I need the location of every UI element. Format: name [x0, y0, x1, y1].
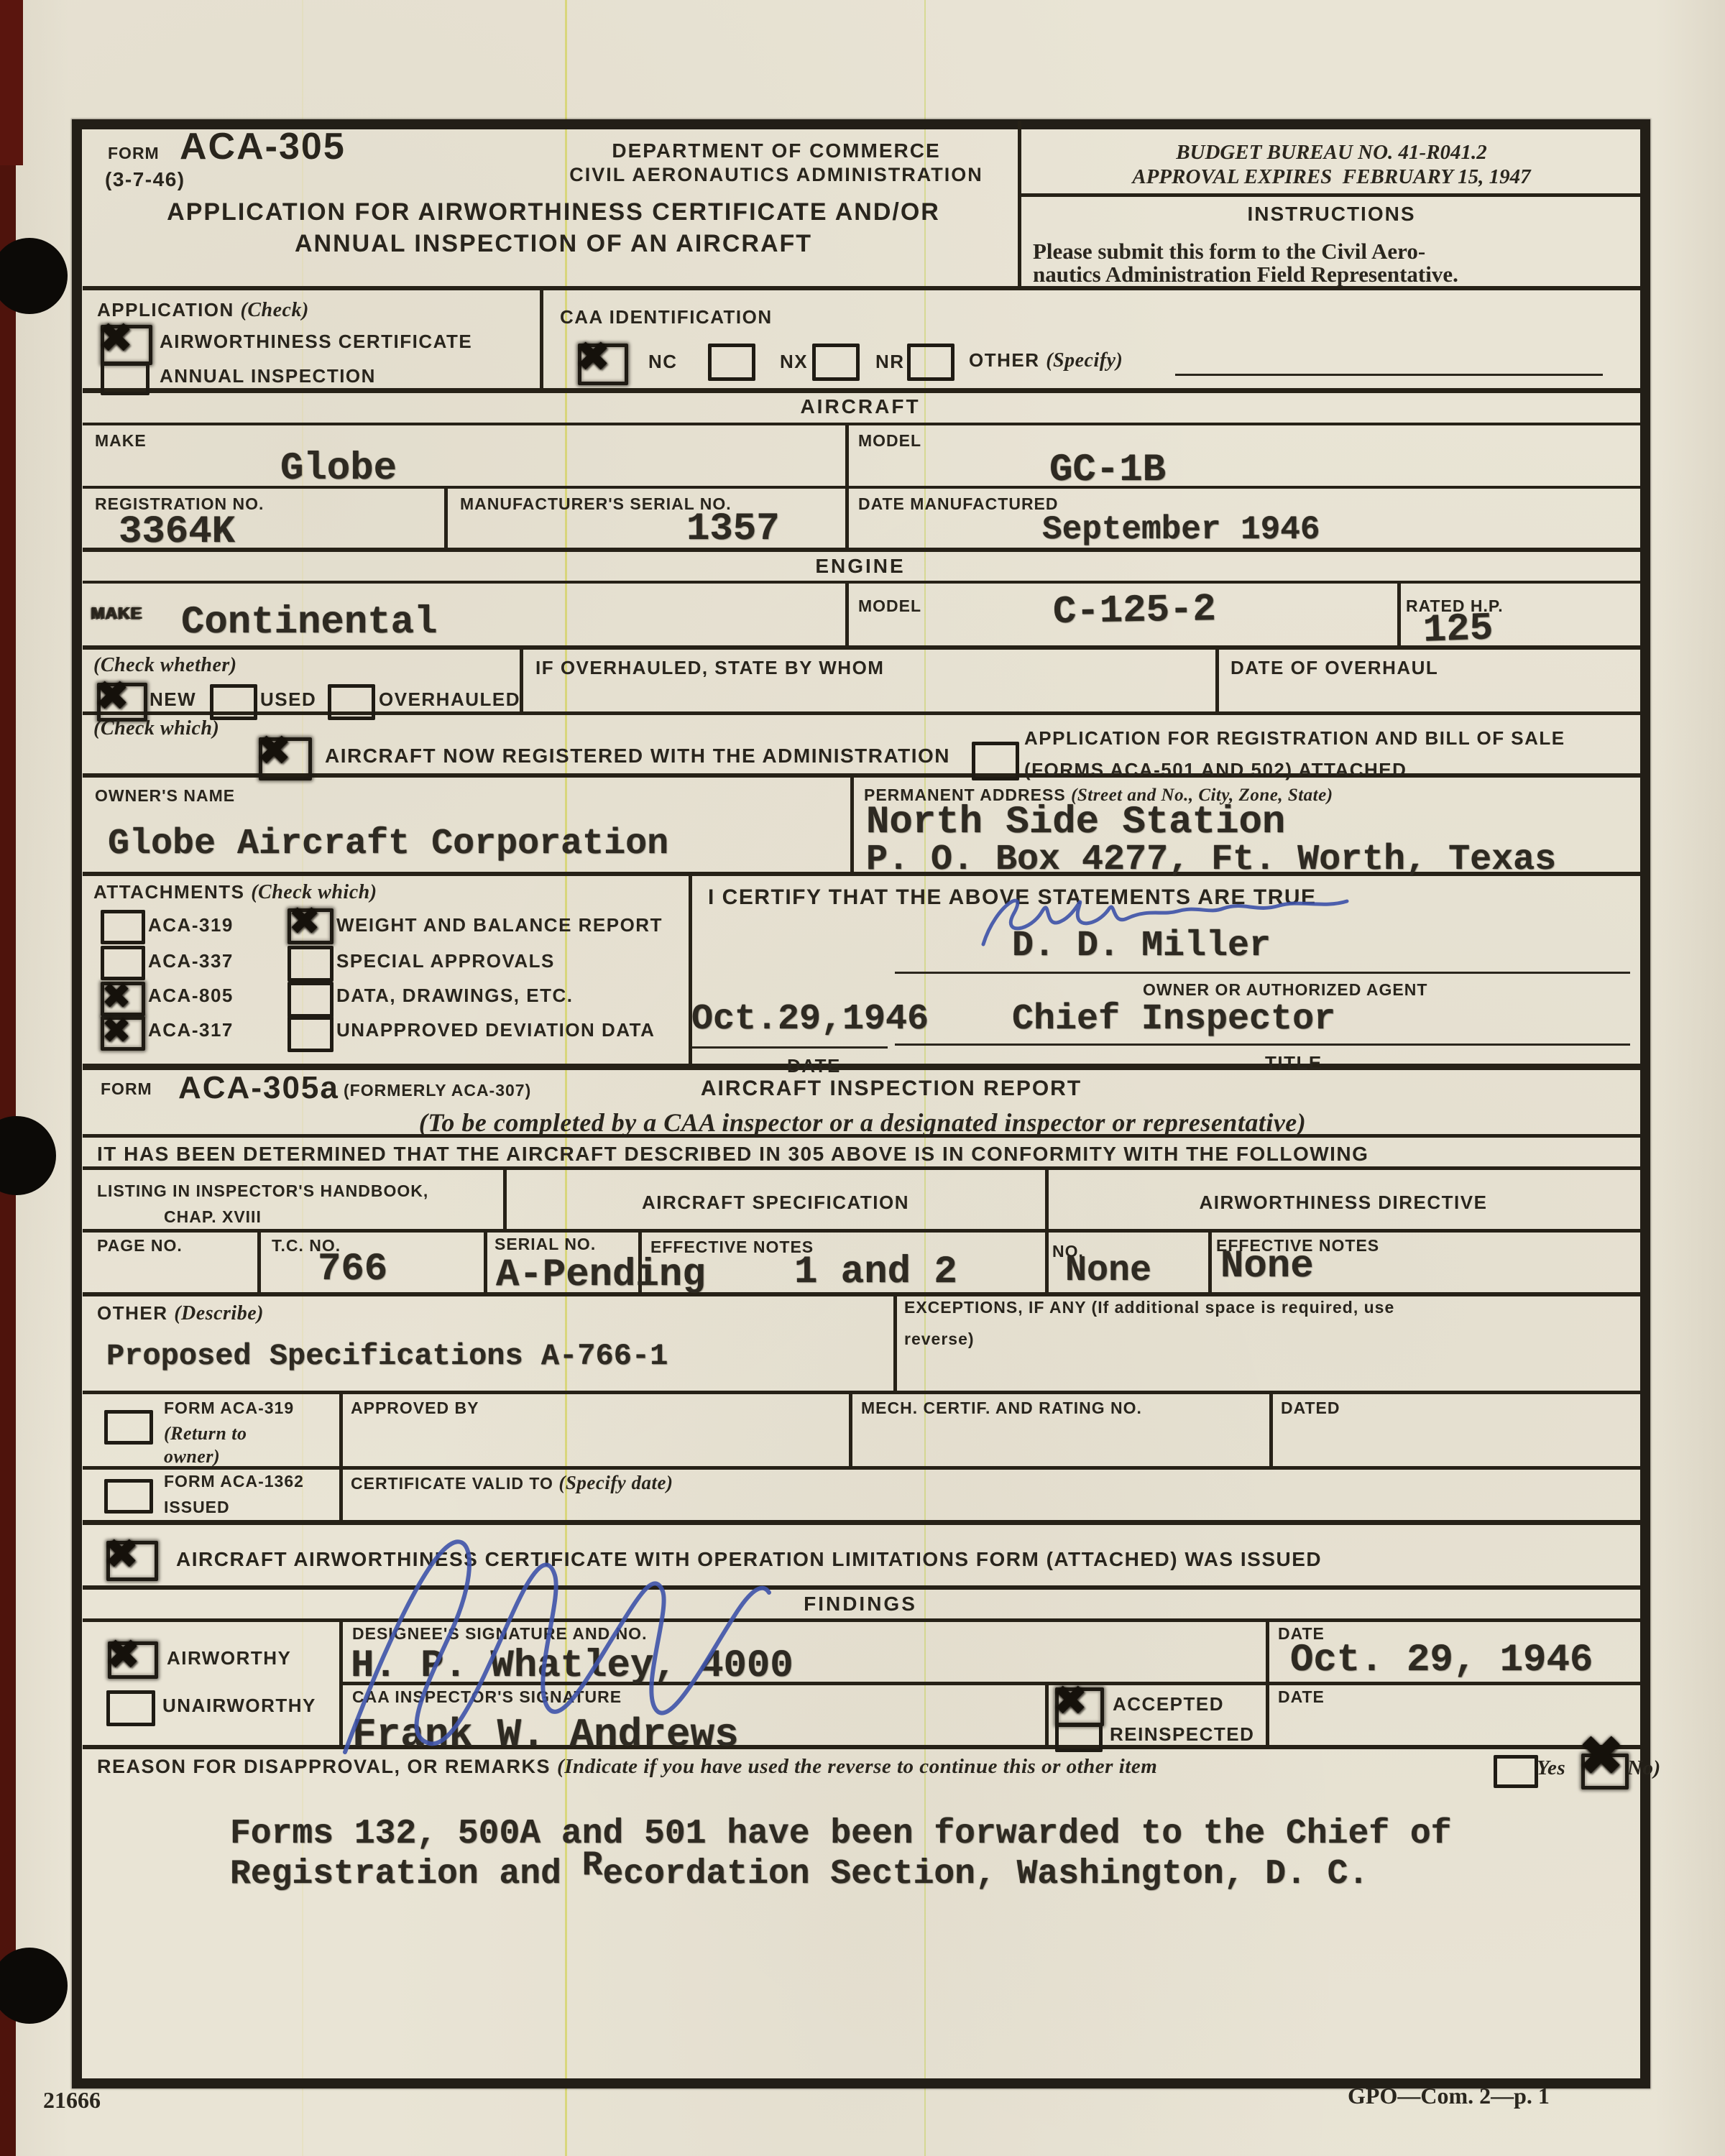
- aca-805-label: ACA-805: [148, 986, 234, 1005]
- grid-line: [1266, 1618, 1269, 1746]
- form-aca-1362-checkbox[interactable]: [104, 1479, 153, 1514]
- check-mark: ✖: [1053, 1680, 1088, 1721]
- certificate-valid-italic: (Specify date): [558, 1472, 673, 1493]
- grid-line: [1045, 1682, 1049, 1746]
- engine-overhauled-checkbox[interactable]: [328, 684, 375, 720]
- aircraft-section-title: AIRCRAFT: [645, 397, 1076, 417]
- airworthiness-directive-header: AIRWORTHINESS DIRECTIVE: [1049, 1193, 1638, 1212]
- aircraft-spec-header: AIRCRAFT SPECIFICATION: [507, 1193, 1044, 1212]
- engine-make-value: Continental: [181, 604, 437, 642]
- accepted-checkbox[interactable]: ✖: [1055, 1687, 1104, 1726]
- annual-inspection-checkbox[interactable]: [101, 362, 149, 395]
- unairworthy-checkbox[interactable]: [106, 1690, 155, 1726]
- address-line2: P. O. Box 4277, Ft. Worth, Texas: [866, 842, 1556, 878]
- check-mark: ✖: [95, 675, 130, 717]
- remarks-text-line2: Registration and Recordation Section, Wa…: [230, 1857, 1368, 1892]
- other-label: OTHER: [969, 349, 1046, 371]
- inspection-formerly: (FORMERLY ACA-307): [344, 1082, 531, 1099]
- scan-edge-strip-top: [0, 0, 23, 165]
- inspection-subtitle: (To be completed by a CAA inspector or a…: [216, 1110, 1509, 1135]
- check-mark: ✖: [576, 336, 611, 377]
- punch-hole: [0, 1116, 56, 1195]
- grid-line: [339, 1466, 343, 1521]
- eff-notes-label: EFFECTIVE NOTES: [650, 1239, 814, 1256]
- form-number: ACA-305: [180, 128, 346, 165]
- check-mark: ✖: [257, 729, 292, 771]
- check-mark: ✖: [101, 978, 132, 1014]
- grid-line: [1019, 193, 1640, 197]
- airworthiness-certificate-label: AIRWORTHINESS CERTIFICATE: [160, 332, 472, 351]
- grid-line: [1269, 1391, 1273, 1468]
- directive-no-value: None: [1065, 1253, 1151, 1289]
- instructions-line2: nautics Administration Field Representat…: [1033, 263, 1458, 285]
- certificate-valid-label: CERTIFICATE VALID TO: [351, 1474, 558, 1493]
- findings-date2-label: DATE: [1278, 1689, 1325, 1705]
- nr-label: NR: [875, 352, 905, 371]
- aca-319-checkbox[interactable]: [101, 910, 145, 944]
- check-mark: ✖: [288, 902, 321, 941]
- registered-checkbox[interactable]: ✖: [259, 737, 312, 780]
- grid-line: [1045, 1229, 1049, 1294]
- form-word: FORM: [108, 145, 160, 162]
- aircraft-make-value: Globe: [280, 450, 397, 489]
- footer-gpo: GPO—Com. 2—p. 1: [1348, 2084, 1550, 2107]
- listing-header-line1: LISTING IN INSPECTOR'S HANDBOOK,: [97, 1183, 428, 1199]
- grid-line: [1208, 1229, 1212, 1294]
- check-mark: ✖: [1578, 1728, 1624, 1784]
- grid-line: [849, 1391, 852, 1468]
- certify-date-label: DATE: [787, 1056, 841, 1075]
- reinspected-label: REINSPECTED: [1110, 1725, 1254, 1743]
- remarks-label: REASON FOR DISAPPROVAL, OR REMARKS: [97, 1756, 557, 1777]
- overhaul-date-label: DATE OF OVERHAUL: [1230, 658, 1438, 677]
- budget-bureau-no: BUDGET BUREAU NO. 41-R041.2: [1028, 142, 1635, 163]
- aca-317-label: ACA-317: [148, 1021, 234, 1039]
- grid-line: [257, 1229, 261, 1294]
- approved-by-label: APPROVED BY: [351, 1400, 479, 1416]
- scan-edge-strip: [0, 0, 16, 2156]
- unairworthy-label: UNAIRWORTHY: [162, 1696, 316, 1715]
- agent-label: OWNER OR AUTHORIZED AGENT: [1143, 982, 1427, 998]
- remarks-yes-label: Yes: [1537, 1758, 1565, 1779]
- exceptions-line2: reverse): [904, 1331, 975, 1347]
- check-which-label: (Check which): [93, 719, 219, 739]
- check-mark: ✖: [106, 1634, 141, 1675]
- unapproved-deviation-checkbox[interactable]: [287, 1016, 333, 1052]
- airworthiness-issued-checkbox[interactable]: ✖: [106, 1541, 158, 1581]
- engine-model-label: MODEL: [858, 598, 921, 614]
- check-mark: ✖: [98, 317, 134, 359]
- remarks-line2-superscript: R: [582, 1846, 603, 1885]
- scanned-document-page: { "ink": {"blue": "#3d52a8", "black": "#…: [0, 0, 1725, 2156]
- address-line1: North Side Station: [866, 803, 1285, 842]
- grid-line: [83, 645, 1640, 650]
- accepted-label: ACCEPTED: [1113, 1695, 1224, 1713]
- page-no-label: PAGE NO.: [97, 1238, 183, 1254]
- aircraft-model-value: GC-1B: [1049, 451, 1166, 490]
- tc-no-value: 766: [318, 1250, 387, 1289]
- data-drawings-label: DATA, DRAWINGS, ETC.: [336, 986, 573, 1005]
- grid-line: [339, 1391, 343, 1468]
- instructions-title: INSTRUCTIONS: [1028, 204, 1635, 224]
- issued-word-label: ISSUED: [164, 1499, 230, 1516]
- weight-balance-label: WEIGHT AND BALANCE REPORT: [336, 916, 663, 934]
- agent-signature-line: [895, 972, 1630, 974]
- serial-value: 1357: [686, 510, 780, 549]
- nx-checkbox[interactable]: [708, 344, 755, 381]
- aircraft-model-label: MODEL: [858, 433, 921, 449]
- grid-line: [83, 1166, 1640, 1170]
- check-mark: ✖: [101, 1013, 132, 1049]
- other-describe-italic: (Describe): [174, 1302, 264, 1325]
- owner-name-value: Globe Aircraft Corporation: [108, 826, 668, 862]
- eff-notes-value: 1 and 2: [794, 1253, 957, 1292]
- aca-319-label: ACA-319: [148, 916, 234, 934]
- form-aca-319-label: FORM ACA-319: [164, 1400, 294, 1416]
- inspection-title: AIRCRAFT INSPECTION REPORT: [618, 1078, 1164, 1100]
- date-line: [691, 1046, 888, 1049]
- engine-section-title: ENGINE: [645, 556, 1076, 576]
- form-title-line1: APPLICATION FOR AIRWORTHINESS CERTIFICAT…: [122, 200, 985, 224]
- engine-overhauled-label: OVERHAULED: [379, 690, 520, 709]
- airworthiness-certificate-checkbox[interactable]: ✖: [101, 325, 152, 365]
- unapproved-deviation-label: UNAPPROVED DEVIATION DATA: [336, 1021, 655, 1039]
- bill-of-sale-line2: (FORMS ACA-501 AND 502) ATTACHED: [1024, 760, 1407, 779]
- instructions-line1: Please submit this form to the Civil Aer…: [1033, 240, 1425, 262]
- date-manufactured-value: September 1946: [1042, 513, 1320, 546]
- bill-of-sale-line1: APPLICATION FOR REGISTRATION AND BILL OF…: [1024, 729, 1565, 747]
- mech-certif-label: MECH. CERTIF. AND RATING NO.: [861, 1400, 1142, 1416]
- inspection-form-word: FORM: [101, 1081, 152, 1097]
- grid-line: [850, 773, 854, 873]
- caa-identification-label: CAA IDENTIFICATION: [560, 308, 773, 326]
- signature-hp-whatley-handwritten: [309, 1524, 783, 1761]
- form-aca-1362-label: FORM ACA-1362: [164, 1473, 304, 1490]
- data-drawings-checkbox[interactable]: [287, 982, 333, 1018]
- listing-header-line2: CHAP. XVIII: [164, 1209, 262, 1225]
- grid-line: [83, 548, 1640, 552]
- remarks-line2-pre: Registration and: [230, 1855, 582, 1894]
- engine-used-checkbox[interactable]: [210, 684, 257, 720]
- grid-line: [845, 423, 849, 550]
- grid-line: [83, 388, 1640, 393]
- registration-value: 3364K: [119, 513, 235, 552]
- findings-date-value: Oct. 29, 1946: [1290, 1641, 1593, 1680]
- airworthy-label: AIRWORTHY: [167, 1649, 291, 1667]
- attachments-label: ATTACHMENTS: [93, 881, 251, 903]
- airworthy-checkbox[interactable]: ✖: [108, 1641, 158, 1679]
- form-aca-319-checkbox[interactable]: [104, 1410, 153, 1445]
- approval-expires: APPROVAL EXPIRES FEBRUARY 15, 1947: [1028, 167, 1635, 188]
- grid-line: [83, 423, 1640, 425]
- certify-title-label: TITLE: [1265, 1054, 1322, 1072]
- punch-hole: [0, 1948, 68, 2024]
- grid-line: [484, 1229, 487, 1294]
- weight-balance-checkbox[interactable]: ✖: [287, 908, 333, 944]
- certify-title-value: Chief Inspector: [1012, 1002, 1335, 1038]
- department-name: DEPARTMENT OF COMMERCE: [525, 141, 1028, 161]
- remarks-no-label: No): [1627, 1758, 1661, 1779]
- annual-inspection-label: ANNUAL INSPECTION: [160, 367, 376, 385]
- overhauled-by-label: IF OVERHAULED, STATE BY WHOM: [535, 658, 884, 677]
- remarks-no-checkbox[interactable]: ✖: [1581, 1754, 1629, 1789]
- other-describe-label: OTHER: [97, 1302, 174, 1324]
- grid-line: [845, 581, 849, 647]
- grid-line: [83, 711, 1640, 715]
- nc-checkbox[interactable]: ✖: [578, 344, 628, 385]
- aircraft-make-label: MAKE: [95, 433, 147, 449]
- grid-line: [1397, 581, 1401, 647]
- other-checkbox[interactable]: [907, 344, 954, 381]
- punch-hole: [0, 238, 68, 314]
- grid-line: [83, 1391, 1640, 1394]
- application-label-italic: (Check): [241, 299, 309, 321]
- directive-notes-value: None: [1220, 1248, 1314, 1286]
- reinspected-checkbox[interactable]: [1055, 1723, 1103, 1752]
- grid-line: [83, 1064, 1640, 1070]
- exceptions-line1: EXCEPTIONS, IF ANY (If additional space …: [904, 1299, 1394, 1316]
- grid-line: [540, 287, 543, 390]
- aca-317-checkbox[interactable]: ✖: [101, 1016, 145, 1051]
- engine-used-label: USED: [260, 690, 316, 709]
- grid-line: [893, 1292, 897, 1392]
- remarks-yes-checkbox[interactable]: [1494, 1755, 1538, 1788]
- spec-serial-value: A-Pending: [496, 1256, 706, 1295]
- inspection-form-number: ACA-305a: [178, 1072, 339, 1104]
- aca-337-label: ACA-337: [148, 952, 234, 970]
- special-approvals-checkbox[interactable]: [287, 946, 333, 982]
- administration-name: CIVIL AERONAUTICS ADMINISTRATION: [525, 165, 1028, 185]
- remarks-label-italic: (Indicate if you have used the reverse t…: [557, 1755, 1157, 1778]
- registered-label: AIRCRAFT NOW REGISTERED WITH THE ADMINIS…: [325, 746, 950, 766]
- owner-name-label: OWNER'S NAME: [95, 788, 235, 804]
- grid-line: [1215, 645, 1219, 713]
- spec-serial-label: SERIAL NO.: [494, 1236, 596, 1253]
- title-line: [895, 1044, 1630, 1046]
- rated-hp-value: 125: [1422, 609, 1494, 650]
- engine-new-checkbox[interactable]: ✖: [97, 683, 147, 722]
- nx-label: NX: [780, 352, 808, 371]
- grid-line: [83, 581, 1640, 584]
- bill-of-sale-checkbox[interactable]: [972, 742, 1019, 780]
- form-revision: (3-7-46): [105, 170, 185, 190]
- return-to-label: (Return to: [164, 1424, 247, 1443]
- dated-label: DATED: [1281, 1400, 1340, 1416]
- footer-print-code: 21666: [43, 2088, 101, 2111]
- engine-new-label: NEW: [149, 690, 196, 709]
- signed-name-typed: D. D. Miller: [1012, 929, 1271, 964]
- certify-date-value: Oct.29,1946: [691, 1002, 929, 1038]
- other-describe-value: Proposed Specifications A-766-1: [106, 1341, 668, 1371]
- other-specify-line[interactable]: [1175, 374, 1603, 376]
- remarks-line2-post: ecordation Section, Washington, D. C.: [603, 1855, 1369, 1894]
- check-mark: ✖: [104, 1533, 139, 1575]
- engine-model-value: C-125-2: [1053, 591, 1217, 632]
- remarks-text-line1: Forms 132, 500A and 501 have been forwar…: [230, 1817, 1451, 1851]
- other-label-italic: (Specify): [1046, 349, 1123, 372]
- engine-make-label: MAKE: [91, 605, 142, 622]
- grid-line: [444, 486, 448, 550]
- form-title-line2: ANNUAL INSPECTION OF AN AIRCRAFT: [122, 231, 985, 256]
- grid-line: [83, 1466, 1640, 1470]
- owner-paren-label: owner): [164, 1447, 220, 1466]
- nc-label: NC: [648, 352, 678, 371]
- special-approvals-label: SPECIAL APPROVALS: [336, 952, 555, 970]
- grid-line: [83, 1229, 1640, 1233]
- date-manufactured-label: DATE MANUFACTURED: [858, 496, 1059, 512]
- nr-checkbox[interactable]: [812, 344, 860, 381]
- determination-statement: IT HAS BEEN DETERMINED THAT THE AIRCRAFT…: [97, 1144, 1368, 1164]
